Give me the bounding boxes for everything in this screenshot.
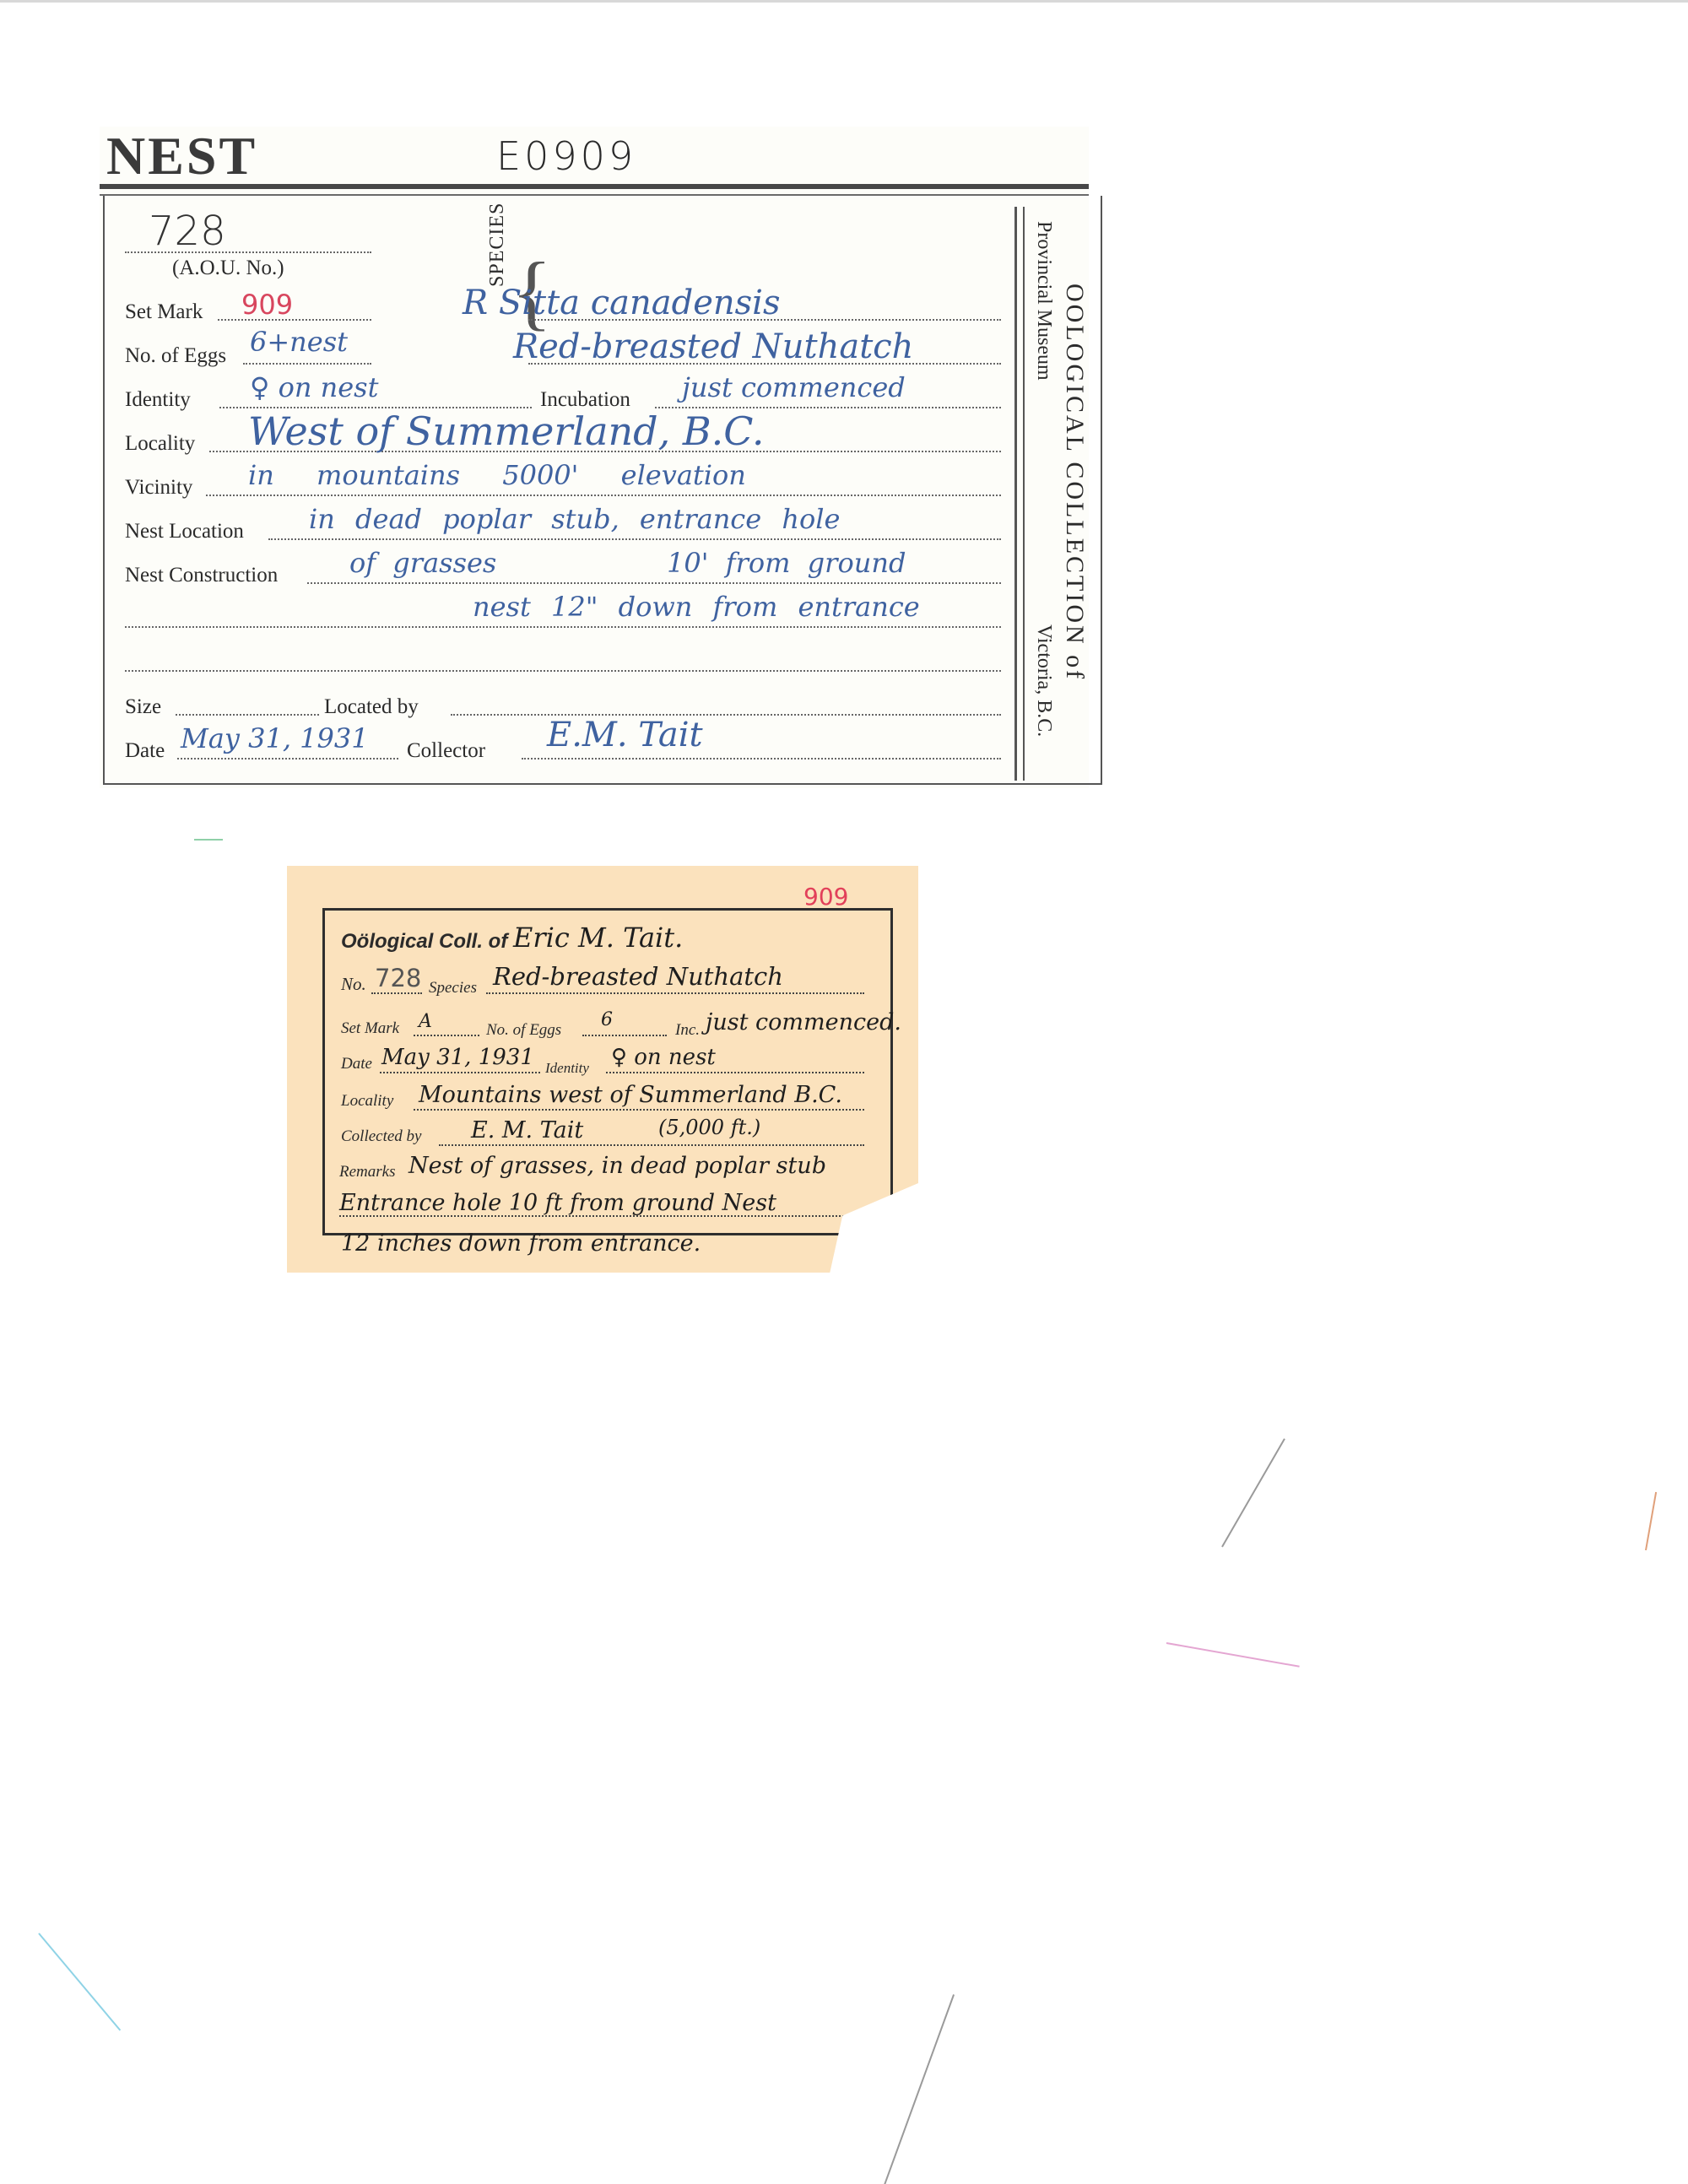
nest-location-label: Nest Location xyxy=(125,520,244,543)
no-line xyxy=(371,992,422,994)
nest-construction-label: Nest Construction xyxy=(125,564,278,587)
scan-scratch xyxy=(1166,1642,1300,1668)
museum-name: Provincial Museum xyxy=(1032,221,1055,381)
inc-value: just commenced. xyxy=(706,1009,901,1035)
scan-edge xyxy=(0,0,1688,3)
date-label: Date xyxy=(125,739,165,763)
catalog-number: E0909 xyxy=(496,133,636,179)
scan-scratch xyxy=(38,1933,121,2030)
museum-city: Victoria, B.C. xyxy=(1032,624,1055,737)
remarks-line-1: Nest of grasses, in dead poplar stub xyxy=(408,1153,826,1179)
no-of-eggs-line xyxy=(243,363,371,365)
located-by-label: Located by xyxy=(324,695,419,719)
aou-label: (A.O.U. No.) xyxy=(172,257,284,280)
scan-scratch xyxy=(1221,1438,1285,1547)
date-value: May 31, 1931 xyxy=(181,722,369,754)
date-label: Date xyxy=(341,1055,372,1073)
incubation-value: just commenced xyxy=(682,371,906,403)
size-label: Size xyxy=(125,695,161,719)
aou-line xyxy=(125,251,371,253)
nest-construction-line-2 xyxy=(125,626,1001,628)
collected-by-line xyxy=(439,1144,864,1146)
set-mark-label: Set Mark xyxy=(341,1019,399,1038)
inc-label: Inc. xyxy=(675,1021,700,1040)
no-of-eggs-label: No. of Eggs xyxy=(486,1021,561,1040)
locality-line xyxy=(414,1109,864,1111)
red-set-number: 909 xyxy=(803,883,848,911)
species-line xyxy=(486,992,864,994)
nest-location-line xyxy=(268,538,1001,540)
no-of-eggs-line xyxy=(582,1035,667,1036)
no-of-eggs-value: 6 xyxy=(601,1009,613,1030)
scan-scratch xyxy=(194,839,223,841)
vicinity-value: in mountains 5000' elevation xyxy=(248,459,746,491)
collector-label-card: 909 Oölogical Coll. of Eric M. Tait. No.… xyxy=(287,866,918,1273)
nest-record-card: NEST E0909 728 (A.O.U. No.) Set Mark 909… xyxy=(100,127,1089,788)
species-scientific-value: R Sitta canadensis xyxy=(463,284,780,322)
species-value: Red-breasted Nuthatch xyxy=(493,962,783,991)
collector-line xyxy=(522,758,1001,760)
remarks-line-3: 12 inches down from entrance. xyxy=(341,1230,701,1257)
no-of-eggs-label: No. of Eggs xyxy=(125,344,226,368)
elevation-note: (5,000 ft.) xyxy=(658,1116,760,1139)
date-value: May 31, 1931 xyxy=(381,1045,534,1070)
located-by-line xyxy=(451,714,1001,716)
vicinity-label: Vicinity xyxy=(125,476,192,500)
locality-label: Locality xyxy=(341,1092,393,1111)
blank-line xyxy=(125,670,1001,672)
side-rule xyxy=(1014,207,1017,781)
collector-label: Collector xyxy=(407,739,485,763)
date-line xyxy=(380,1072,540,1073)
species-label: Species xyxy=(429,979,477,997)
nest-construction-line xyxy=(307,582,1001,584)
set-mark-line xyxy=(414,1035,479,1036)
locality-value: Mountains west of Summerland B.C. xyxy=(419,1082,842,1108)
nest-construction-value-2: nest 12" down from entrance xyxy=(473,591,920,623)
species-common-value: Red-breasted Nuthatch xyxy=(513,327,913,366)
nest-location-value: in dead poplar stub, entrance hole xyxy=(309,503,840,535)
aou-number-value: 728 xyxy=(149,208,226,255)
locality-label: Locality xyxy=(125,432,195,456)
scan-scratch xyxy=(1645,1492,1657,1550)
nest-construction-value: of grasses 10' from ground xyxy=(349,547,906,579)
identity-value: ♀ on nest xyxy=(250,371,378,403)
no-of-eggs-value: 6+nest xyxy=(250,326,348,358)
remarks-label: Remarks xyxy=(339,1163,395,1181)
collected-by-label: Collected by xyxy=(341,1127,422,1146)
collection-owner-value: Eric M. Tait. xyxy=(513,922,683,954)
size-line xyxy=(176,714,319,716)
collection-header-label: Oölogical Coll. of xyxy=(341,930,507,954)
identity-value: ♀ on nest xyxy=(611,1045,716,1070)
vicinity-line xyxy=(206,495,1001,496)
identity-label: Identity xyxy=(545,1060,589,1077)
no-value: 728 xyxy=(375,964,421,992)
remarks-line-2: Entrance hole 10 ft from ground Nest xyxy=(339,1190,776,1216)
collector-value: E.M. Tait xyxy=(547,716,703,754)
set-mark-value: A xyxy=(419,1011,432,1032)
collected-by-value: E. M. Tait xyxy=(471,1117,583,1143)
species-label: SPECIES xyxy=(486,203,509,287)
locality-value: West of Summerland, B.C. xyxy=(248,408,764,454)
set-mark-label: Set Mark xyxy=(125,300,203,324)
side-rule xyxy=(1023,207,1025,781)
no-label: No. xyxy=(341,974,366,995)
date-line xyxy=(177,758,398,760)
set-mark-value: 909 xyxy=(241,289,293,321)
identity-label: Identity xyxy=(125,388,191,412)
scan-scratch xyxy=(884,1994,955,2184)
identity-line xyxy=(606,1072,864,1073)
header-rule xyxy=(100,184,1089,189)
card-title: NEST xyxy=(106,127,257,186)
collection-title: OOLOGICAL COLLECTION of xyxy=(1060,284,1089,681)
